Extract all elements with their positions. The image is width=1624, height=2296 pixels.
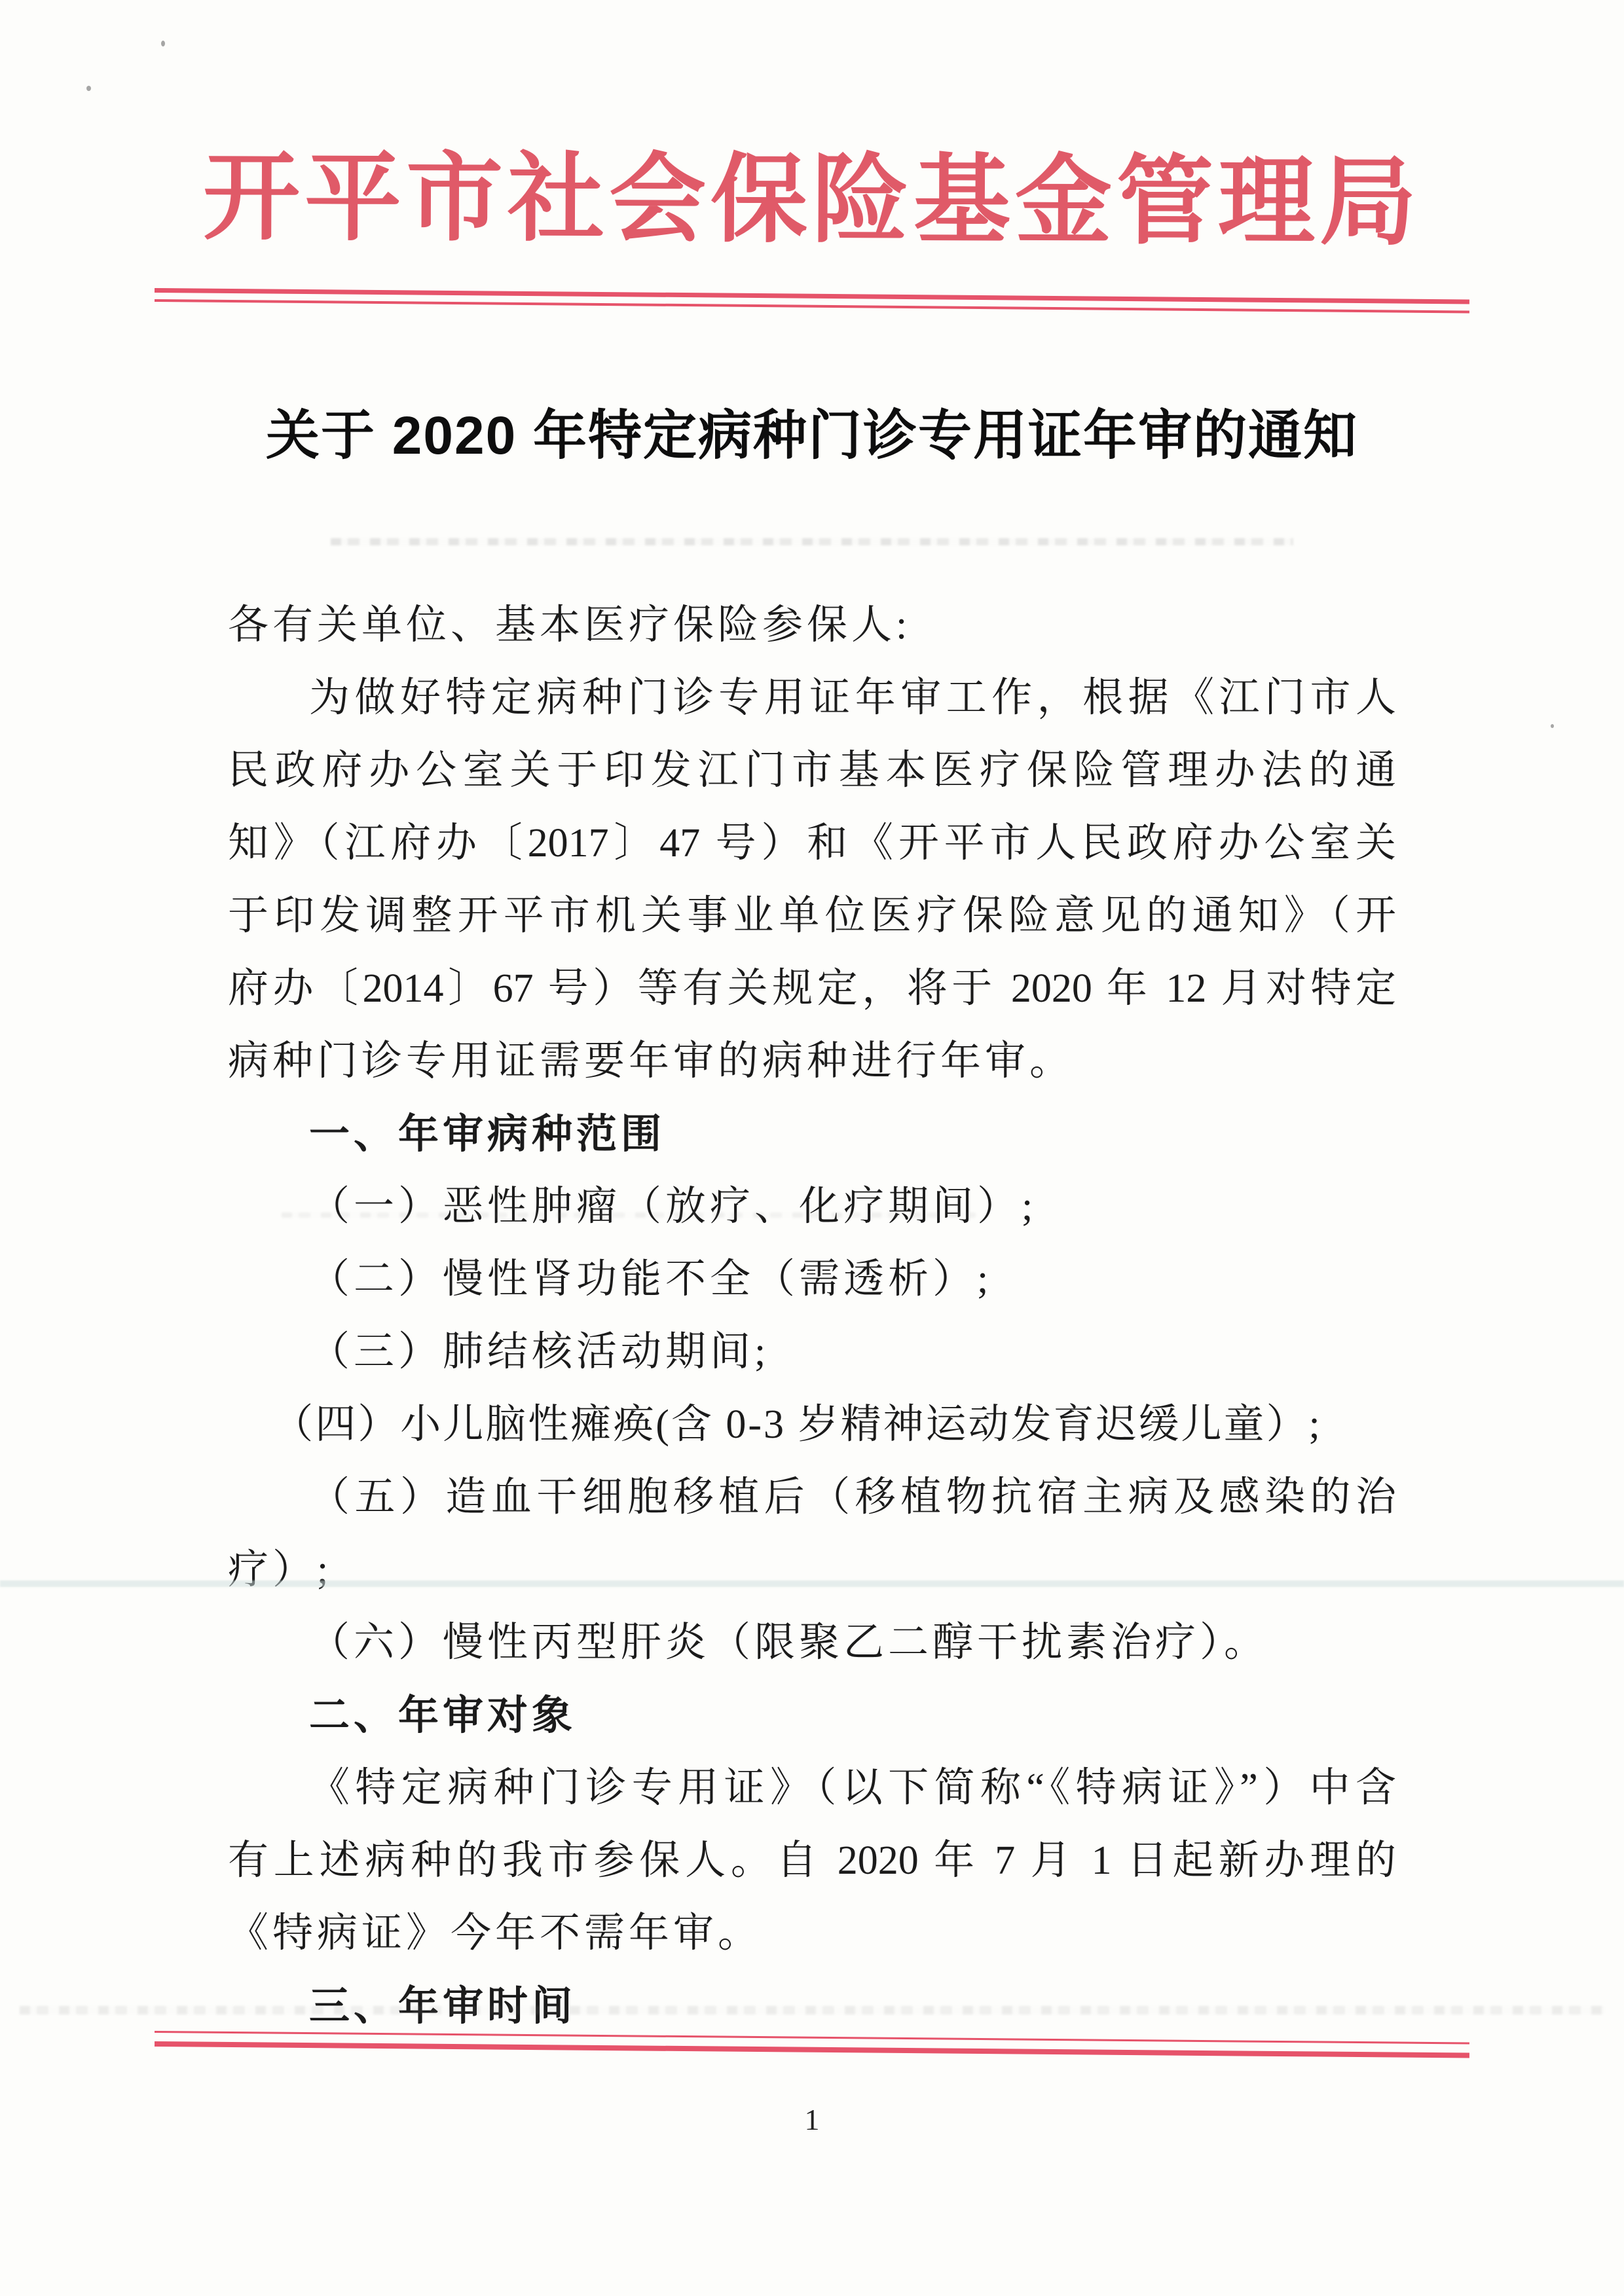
body-line: 《特病证》今年不需年审。 bbox=[228, 1897, 1396, 1970]
scan-speck bbox=[1551, 724, 1554, 728]
agency-letterhead: 开平市社会保险基金管理局 bbox=[0, 145, 1624, 258]
document-page: 开平市社会保险基金管理局 关于 2020 年特定病种门诊专用证年审的通知 各有关… bbox=[0, 0, 1624, 2296]
body-line: 知》（江府办〔2017〕47 号）和《开平市人民政府办公室关 bbox=[228, 807, 1396, 880]
body-line: 病种门诊专用证需要年审的病种进行年审。 bbox=[228, 1025, 1396, 1098]
list-item: （二）慢性肾功能不全（需透析）; bbox=[228, 1243, 1396, 1316]
list-item: 疗）; bbox=[228, 1534, 1396, 1607]
document-title: 关于 2020 年特定病种门诊专用证年审的通知 bbox=[0, 406, 1624, 466]
section-heading: 二、年审对象 bbox=[228, 1679, 1396, 1752]
list-item: （五）造血干细胞移植后（移植物抗宿主病及感染的治 bbox=[228, 1461, 1396, 1534]
body-line: 《特定病种门诊专用证》（以下简称“《特病证》”）中含 bbox=[228, 1752, 1396, 1825]
list-item: （六）慢性丙型肝炎（限聚乙二醇干扰素治疗）。 bbox=[228, 1607, 1396, 1679]
footer-rule-thick bbox=[155, 2041, 1469, 2058]
body-line: 府办〔2014〕67 号）等有关规定，将于 2020 年 12 月对特定 bbox=[228, 953, 1396, 1025]
body-line: 为做好特定病种门诊专用证年审工作，根据《江门市人 bbox=[228, 662, 1396, 735]
body-line: 有上述病种的我市参保人。自 2020 年 7 月 1 日起新办理的 bbox=[228, 1825, 1396, 1897]
page-number: 1 bbox=[0, 2103, 1624, 2137]
salutation-line: 各有关单位、基本医疗保险参保人: bbox=[228, 589, 1396, 662]
list-item: （三）肺结核活动期间; bbox=[228, 1316, 1396, 1389]
section-heading: 三、年审时间 bbox=[228, 1970, 1396, 2043]
list-item: （四）小儿脑性瘫痪(含 0-3 岁精神运动发育迟缓儿童）; bbox=[228, 1389, 1396, 1461]
scan-smudge bbox=[331, 538, 1293, 545]
scan-speck bbox=[86, 86, 91, 91]
body-line: 民政府办公室关于印发江门市基本医疗保险管理办法的通 bbox=[228, 735, 1396, 807]
section-heading: 一、年审病种范围 bbox=[228, 1098, 1396, 1171]
list-item: （一）恶性肿瘤（放疗、化疗期间）; bbox=[228, 1171, 1396, 1243]
document-body: 各有关单位、基本医疗保险参保人: 为做好特定病种门诊专用证年审工作，根据《江门市… bbox=[228, 589, 1396, 2043]
body-line: 于印发调整开平市机关事业单位医疗保险意见的通知》（开 bbox=[228, 880, 1396, 953]
scan-speck bbox=[161, 41, 165, 46]
